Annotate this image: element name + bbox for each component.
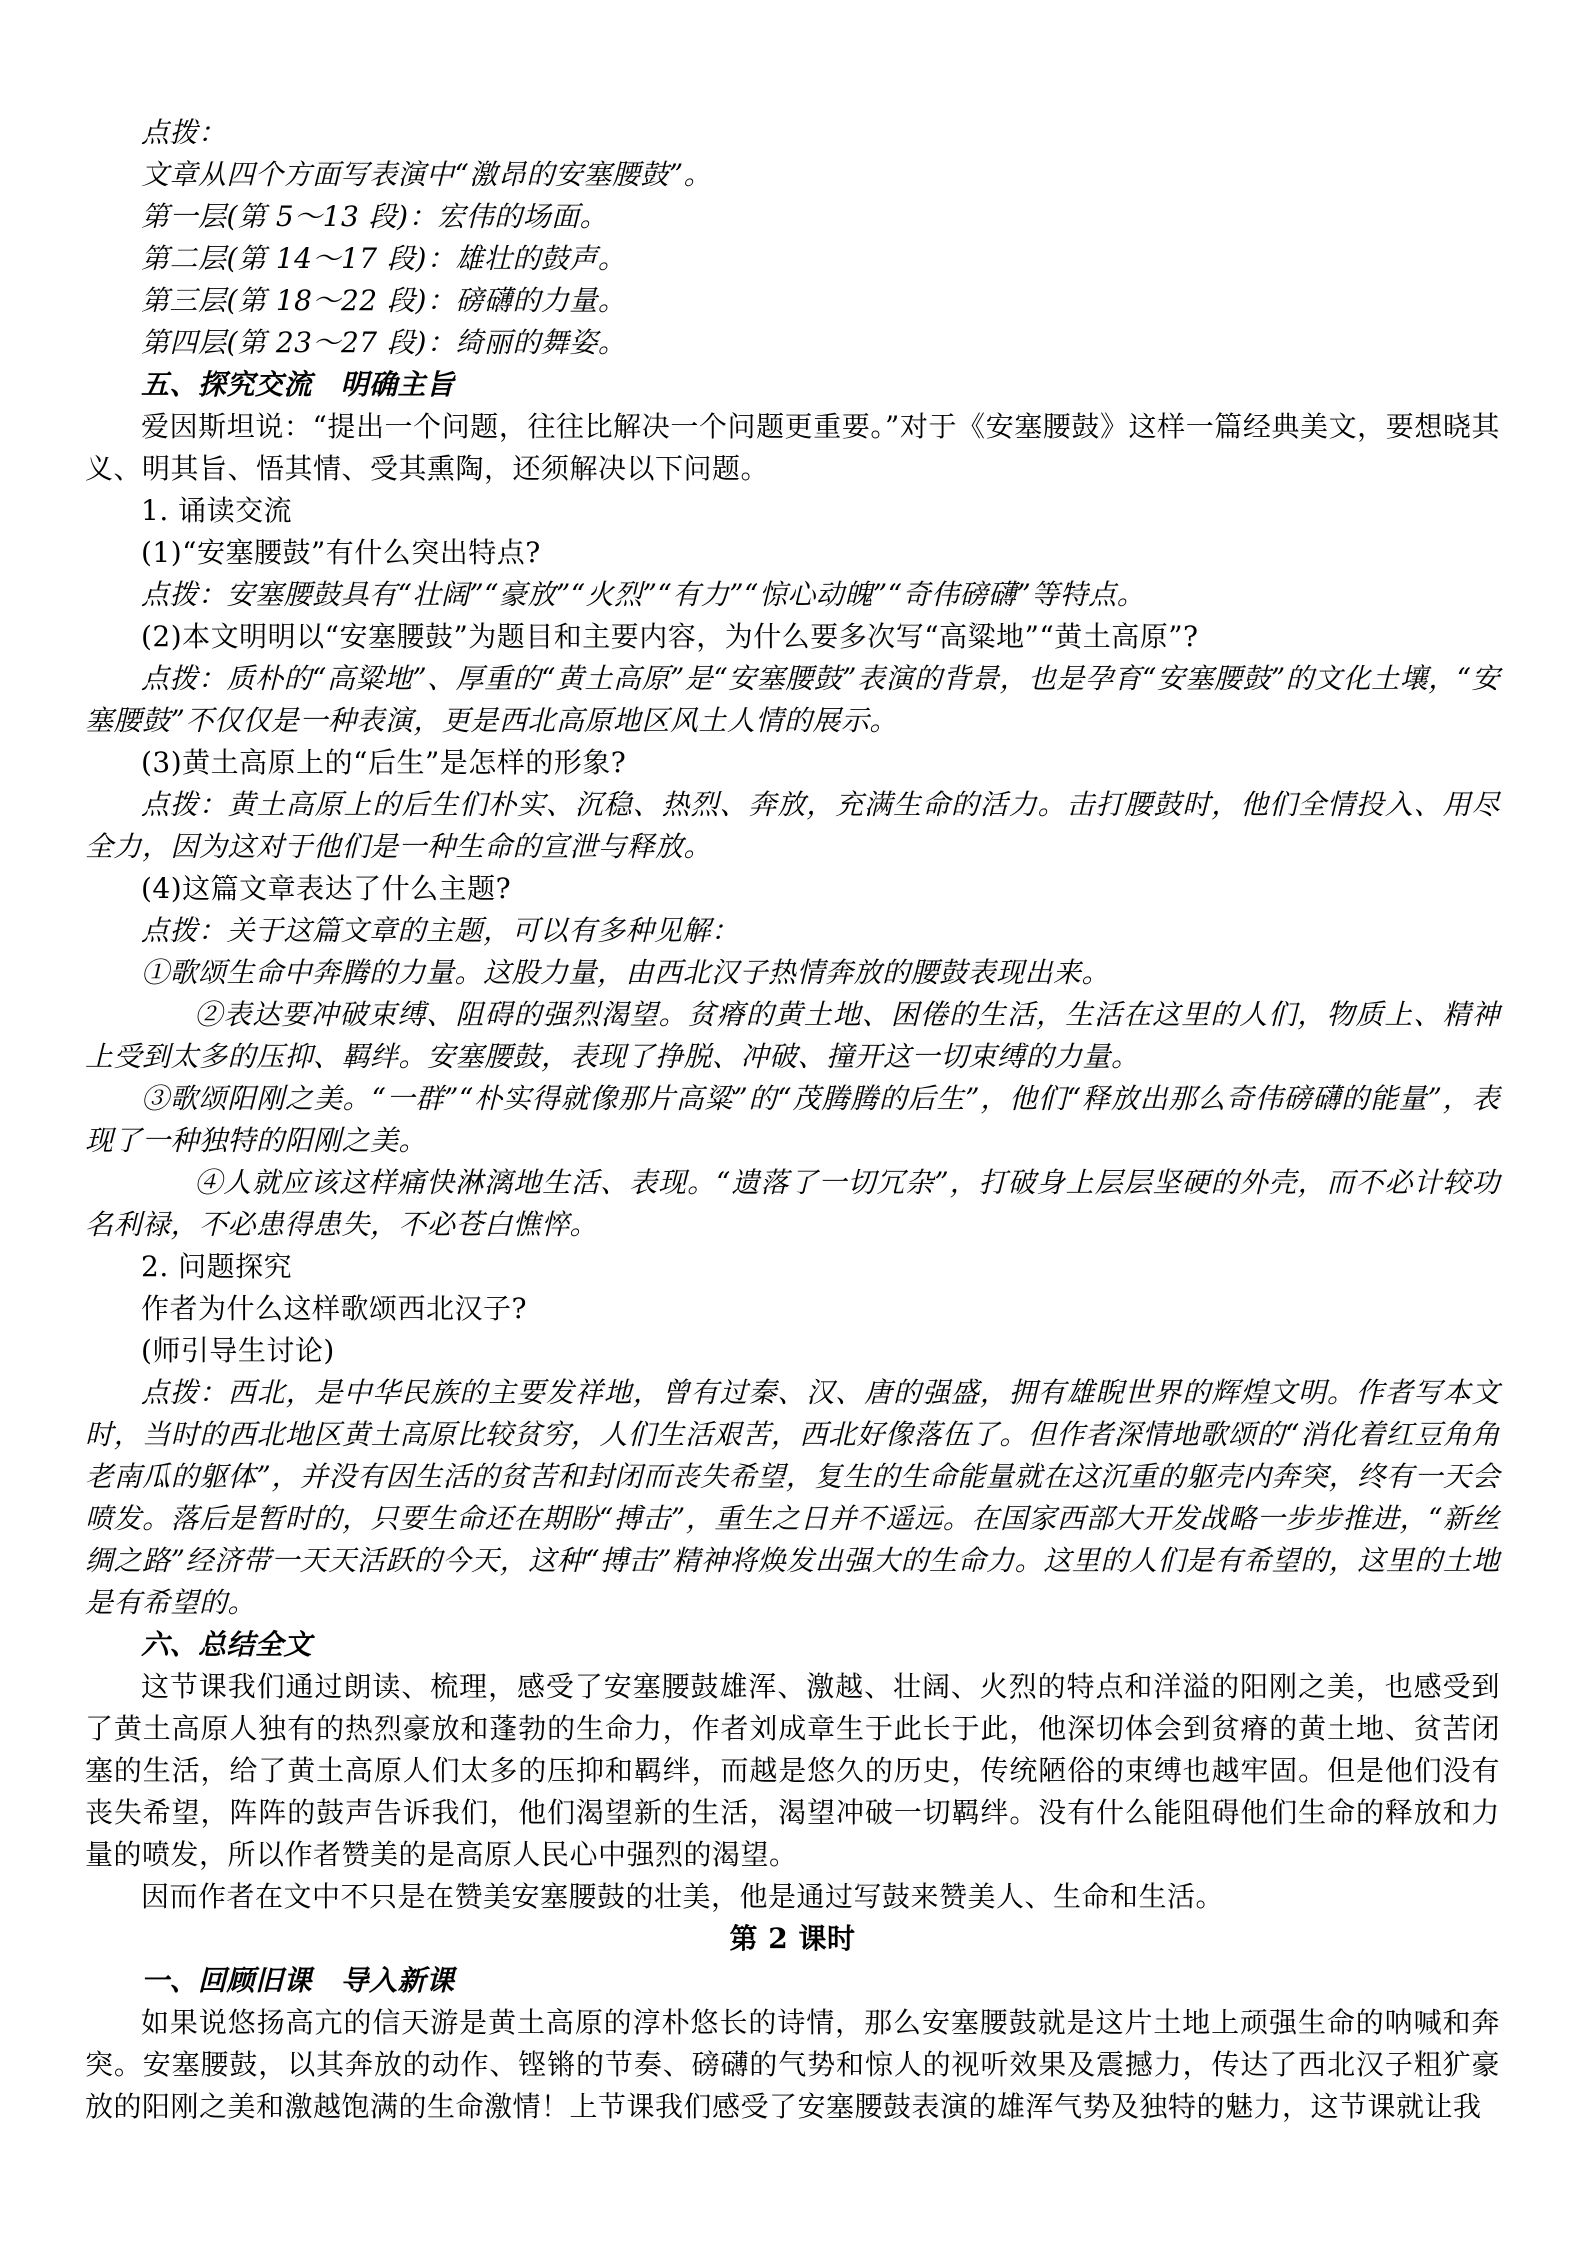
hint-paragraph: 文章从四个方面写表演中“激昂的安塞腰鼓”。 <box>85 154 1500 196</box>
body-paragraph: (1)“安塞腰鼓”有什么突出特点? <box>85 532 1500 574</box>
body-paragraph: 作者为什么这样歌颂西北汉子? <box>85 1288 1500 1330</box>
hint-paragraph: 点拨：西北，是中华民族的主要发祥地，曾有过秦、汉、唐的强盛，拥有雄睨世界的辉煌文… <box>85 1372 1500 1624</box>
hint-paragraph: 点拨： <box>85 112 1500 154</box>
body-paragraph: (3)黄土高原上的“后生”是怎样的形象? <box>85 742 1500 784</box>
hint-paragraph: 点拨：黄土高原上的后生们朴实、沉稳、热烈、奔放，充满生命的活力。击打腰鼓时，他们… <box>85 784 1500 868</box>
hint-paragraph: ③歌颂阳刚之美。“一群”“朴实得就像那片高粱”的“茂腾腾的后生”，他们“释放出那… <box>85 1078 1500 1162</box>
hint-paragraph: ①歌颂生命中奔腾的力量。这股力量，由西北汉子热情奔放的腰鼓表现出来。 <box>85 952 1500 994</box>
hint-paragraph: ②表达要冲破束缚、阻碍的强烈渴望。贫瘠的黄土地、困倦的生活，生活在这里的人们，物… <box>85 994 1500 1078</box>
session-title: 第 2 课时 <box>85 1918 1500 1960</box>
hint-paragraph: 第一层(第 5～13 段)：宏伟的场面。 <box>85 196 1500 238</box>
body-paragraph: 因而作者在文中不只是在赞美安塞腰鼓的壮美，他是通过写鼓来赞美人、生命和生活。 <box>85 1876 1500 1918</box>
document-page: 点拨：文章从四个方面写表演中“激昂的安塞腰鼓”。第一层(第 5～13 段)：宏伟… <box>0 0 1587 2245</box>
hint-paragraph: 点拨：关于这篇文章的主题，可以有多种见解： <box>85 910 1500 952</box>
body-paragraph: 2. 问题探究 <box>85 1246 1500 1288</box>
body-paragraph: 1. 诵读交流 <box>85 490 1500 532</box>
section-heading: 五、探究交流 明确主旨 <box>85 364 1500 406</box>
hint-paragraph: 点拨：安塞腰鼓具有“壮阔”“豪放”“火烈”“有力”“惊心动魄”“奇伟磅礴”等特点… <box>85 574 1500 616</box>
section-heading: 六、总结全文 <box>85 1624 1500 1666</box>
body-paragraph: (2)本文明明以“安塞腰鼓”为题目和主要内容，为什么要多次写“高粱地”“黄土高原… <box>85 616 1500 658</box>
body-paragraph: 爱因斯坦说：“提出一个问题，往往比解决一个问题更重要。”对于《安塞腰鼓》这样一篇… <box>85 406 1500 490</box>
hint-paragraph: 点拨：质朴的“高粱地”、厚重的“黄土高原”是“安塞腰鼓”表演的背景，也是孕育“安… <box>85 658 1500 742</box>
body-paragraph: 如果说悠扬高亢的信天游是黄土高原的淳朴悠长的诗情，那么安塞腰鼓就是这片土地上顽强… <box>85 2002 1500 2128</box>
hint-paragraph: 第三层(第 18～22 段)：磅礴的力量。 <box>85 280 1500 322</box>
hint-paragraph: 第二层(第 14～17 段)：雄壮的鼓声。 <box>85 238 1500 280</box>
document-content: 点拨：文章从四个方面写表演中“激昂的安塞腰鼓”。第一层(第 5～13 段)：宏伟… <box>85 112 1500 2128</box>
hint-paragraph: 第四层(第 23～27 段)：绮丽的舞姿。 <box>85 322 1500 364</box>
body-paragraph: 这节课我们通过朗读、梳理，感受了安塞腰鼓雄浑、激越、壮阔、火烈的特点和洋溢的阳刚… <box>85 1666 1500 1876</box>
body-paragraph: (师引导生讨论) <box>85 1330 1500 1372</box>
body-paragraph: (4)这篇文章表达了什么主题? <box>85 868 1500 910</box>
hint-paragraph: ④人就应该这样痛快淋漓地生活、表现。“遗落了一切冗杂”，打破身上层层坚硬的外壳，… <box>85 1162 1500 1246</box>
section-heading: 一、回顾旧课 导入新课 <box>85 1960 1500 2002</box>
